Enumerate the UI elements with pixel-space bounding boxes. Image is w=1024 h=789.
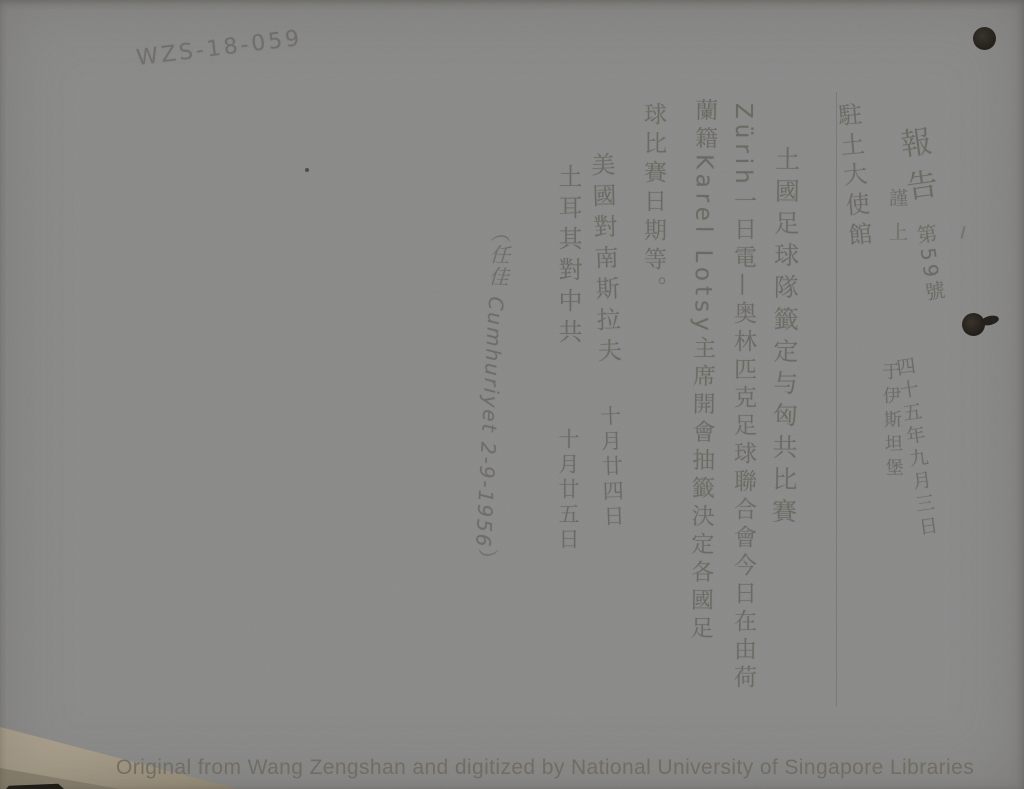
match-text: 美國對南斯拉夫 (586, 152, 622, 370)
body-column-4: 球比賽日期等。 (637, 102, 670, 305)
schedule-column-turkey-china: 土耳其對中共十月廿五日 (551, 164, 586, 553)
body-column-2: Zürih一日電—奥林匹克足球聯合會今日在由荷 (727, 103, 760, 693)
punch-hole-top (973, 27, 996, 50)
match-text: 土耳其對中共 (554, 164, 582, 350)
report-number: 第59號 (912, 222, 947, 306)
doc-type: 報告 (893, 124, 941, 214)
punch-hole-tear (980, 314, 1000, 327)
ink-speck (305, 168, 309, 172)
scanned-document-page: WZS-18-059 駐土大使館 謹上 報告第59號 四十五年九月三日 于伊斯坦… (0, 0, 1024, 789)
body-column-3: 蘭籍Karel Lotsy主席開會抽籤決定各國足 (684, 98, 722, 644)
match-date: 十月廿四日 (597, 405, 625, 531)
digitization-watermark: Original from Wang Zengshan and digitize… (116, 756, 974, 780)
reference-number: WZS-18-059 (135, 26, 303, 71)
paper-texture (0, 0, 1024, 789)
body-column-1: 土國足球隊籤定与匈共比賽 (764, 146, 803, 530)
schedule-column-usa-yugoslavia: 美國對南斯拉夫十月廿四日 (583, 152, 631, 531)
pencil-tick-mark (960, 226, 965, 239)
source-citation: （任佳 Cumhuriyet 2-9-1956） (468, 221, 515, 571)
match-date: 十月廿五日 (556, 428, 580, 553)
report-place: 于伊斯坦堡 (876, 362, 906, 483)
